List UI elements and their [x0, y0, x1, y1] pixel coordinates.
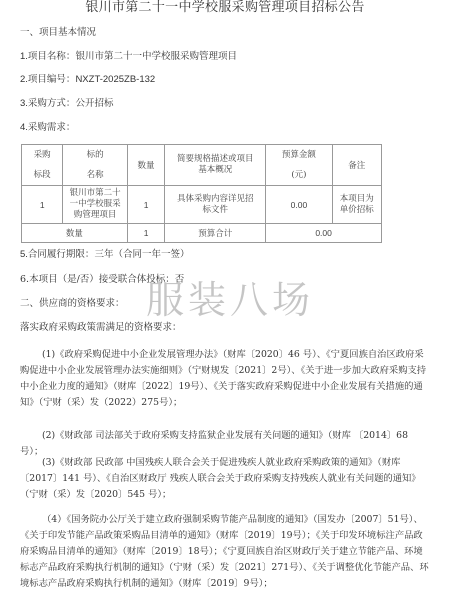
header-description: 简要规格描述或项目基本概况 [165, 145, 266, 186]
header-segment: 采购 标段 [22, 145, 63, 186]
policy-requirements-subheading: 落实政府采购政策需满足的资格要求： [20, 322, 182, 334]
procurement-method-value: 公开招标 [75, 98, 113, 109]
page-title: 银川市第二十一中学校服采购管理项目招标公告 [0, 0, 450, 16]
cell-budget: 0.00 [266, 186, 332, 224]
footer-quantity-value: 1 [127, 224, 165, 243]
header-budget-line1: 预算金额 [268, 145, 329, 165]
footer-budget-total-value: 0.00 [266, 224, 382, 243]
project-name-line: 1.项目名称：银川市第二十一中学校服采购管理项目 [20, 51, 237, 63]
cell-item-name: 银川市第二十一中学校服采购管理项目 [63, 186, 127, 224]
header-item-name-line2: 名称 [65, 165, 124, 185]
procurement-needs-label: 4.采购需求： [20, 122, 75, 133]
cell-description: 具体采购内容详见招标文件 [165, 186, 266, 224]
consortium-bid-line: 6.本项目（是/否）接受联合体投标：否 [20, 274, 184, 286]
consortium-bid-label: 6.本项目（是/否）接受联合体投标： [20, 274, 175, 285]
header-budget-line2: (元) [268, 165, 329, 185]
project-number-label: 2.项目编号： [20, 74, 75, 85]
section-heading-basic-info: 一、项目基本情况 [20, 27, 96, 39]
project-name-value: 银川市第二十一中学校服采购管理项目 [75, 51, 237, 62]
cell-segment: 1 [22, 186, 63, 224]
policy-paragraph-4: （4）《国务院办公厅关于建立政府强制采购节能产品制度的通知》（国发办〔2007〕… [20, 512, 430, 592]
table-row: 1 银川市第二十一中学校服采购管理项目 1 具体采购内容详见招标文件 0.00 … [22, 186, 382, 224]
header-item-name: 标的 名称 [63, 145, 127, 186]
header-remark: 备注 [332, 145, 381, 186]
procurement-needs-line: 4.采购需求： [20, 122, 75, 134]
project-name-label: 1.项目名称： [20, 51, 75, 62]
cell-remark: 本项目为单价招标 [332, 186, 381, 224]
footer-quantity-label: 数量 [22, 224, 128, 243]
contract-period-value: 三年（合同一年一签） [94, 249, 189, 260]
header-segment-line1: 采购 [24, 145, 60, 165]
cell-quantity: 1 [127, 186, 165, 224]
footer-budget-total-label: 预算合计 [165, 224, 266, 243]
procurement-method-line: 3.采购方式：公开招标 [20, 98, 113, 110]
project-number-value: NXZT-2025ZB-132 [75, 74, 155, 85]
contract-period-line: 5.合同履行期限：三年（合同一年一签） [20, 249, 189, 261]
header-item-name-line1: 标的 [65, 145, 124, 165]
contract-period-label: 5.合同履行期限： [20, 249, 94, 260]
header-quantity: 数量 [127, 145, 165, 186]
table-footer-row: 数量 1 预算合计 0.00 [22, 224, 382, 243]
header-budget: 预算金额 (元) [266, 145, 332, 186]
table-header-row: 采购 标段 标的 名称 数量 简要规格描述或项目基本概况 预算金额 (元) 备注 [22, 145, 382, 186]
header-segment-line2: 标段 [24, 165, 60, 185]
policy-paragraph-3: (3)《财政部 民政部 中国残疾人联合会关于促进残疾人就业政府采购政策的通知》（… [20, 455, 430, 503]
procurement-method-label: 3.采购方式： [20, 98, 75, 109]
section-heading-qualifications: 二、供应商的资格要求： [20, 298, 125, 310]
policy-paragraph-1: (1)《政府采购促进中小企业发展管理办法》（财库〔2020〕46 号）、《宁夏回… [20, 347, 430, 411]
procurement-table: 采购 标段 标的 名称 数量 简要规格描述或项目基本概况 预算金额 (元) 备注… [21, 144, 382, 243]
project-number-line: 2.项目编号：NXZT-2025ZB-132 [20, 74, 155, 86]
consortium-bid-value: 否 [175, 274, 185, 285]
